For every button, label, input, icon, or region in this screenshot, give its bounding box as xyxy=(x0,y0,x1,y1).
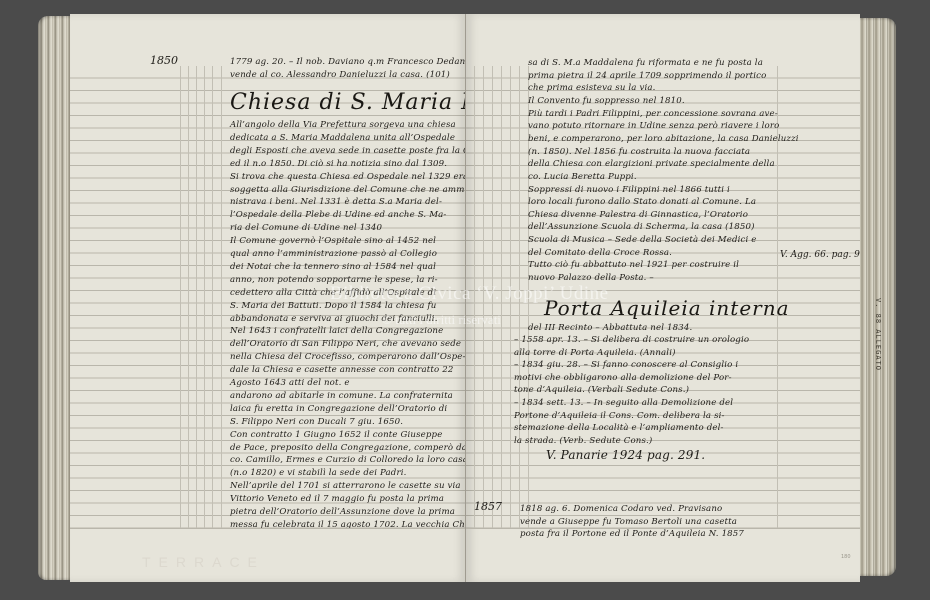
margin-rule xyxy=(196,66,197,528)
handwritten-line: Soppressi di nuovo i Filippini nel 1866 … xyxy=(528,184,730,197)
handwritten-line: Tutto ciò fu abbattuto nel 1921 per cost… xyxy=(528,259,739,272)
handwritten-line: andarono ad abitarle in comune. La confr… xyxy=(230,390,453,403)
handwritten-line: – 1834 giu. 28. – Si fanno conoscere al … xyxy=(514,359,738,372)
handwritten-line: nella Chiesa del Crocefisso, comperarono… xyxy=(230,351,466,364)
handwritten-line: nuovo Palazzo della Posta. – xyxy=(528,272,654,285)
edge-stamp: V. 88 ALLEGATO xyxy=(874,298,882,371)
handwritten-line: tone d’Aquileia. (Verbali Sedute Cons.) xyxy=(514,384,689,397)
handwritten-line: prima pietra il 24 aprile 1709 sopprimen… xyxy=(528,70,766,83)
handwritten-line: co. Camillo, Ermes e Curzio di Colloredo… xyxy=(230,454,468,467)
margin-rule xyxy=(221,66,222,528)
right-page-edges: V. 88 ALLEGATO xyxy=(860,18,896,576)
handwritten-line: dell’Oratorio di San Filippo Neri, che a… xyxy=(230,338,461,351)
handwritten-line: (n. 1850). Nel 1856 fu costruita la nuov… xyxy=(528,146,750,159)
handwritten-line: loro locali furono dallo Stato donati al… xyxy=(528,196,756,209)
left-page: 1850 1779 ag. 20. – Il nob. Daviano q.m … xyxy=(70,14,466,582)
handwritten-line: – 1558 apr. 13. – Si delibera di costrui… xyxy=(514,334,749,347)
handwritten-line: Più tardi i Padri Filippini, per concess… xyxy=(528,108,778,121)
margin-rule xyxy=(474,66,475,528)
margin-rule xyxy=(212,66,213,528)
handwritten-line: degli Esposti che aveva sede in casette … xyxy=(230,145,493,158)
handwritten-line: la strada. (Verb. Sedute Cons.) xyxy=(514,435,652,448)
handwritten-line: (n.o 1820) e vi stabilì la sede dei Padr… xyxy=(230,467,407,480)
left-page-edges xyxy=(38,16,70,580)
handwritten-line: dale la Chiesa e casette annesse con con… xyxy=(230,364,453,377)
handwritten-line: vano potuto ritornare in Udine senza per… xyxy=(528,120,779,133)
handwritten-line: messa fu celebrata il 15 agosto 1702. La… xyxy=(230,519,476,532)
handwritten-line: Il Comune governò l’Ospitale sino al 145… xyxy=(230,235,436,248)
handwritten-line: dedicata a S. Maria Maddalena unita all’… xyxy=(230,132,455,145)
handwritten-line: motivi che obbligarono alla demolizione … xyxy=(514,372,732,385)
margin-number: 1850 xyxy=(150,54,178,67)
handwritten-line: All’angolo della Via Prefettura sorgeva … xyxy=(230,119,456,132)
handwritten-line: abbandonata e serviva ai giuochi dei fan… xyxy=(230,313,438,326)
handwritten-line: anno, non potendo sopportarne le spese, … xyxy=(230,274,438,287)
margin-rule xyxy=(510,66,511,528)
handwritten-line: del Comitato della Croce Rossa. xyxy=(528,247,672,260)
margin-rule xyxy=(501,66,502,528)
handwritten-line: nistrava i beni. Nel 1331 è detta S.a Ma… xyxy=(230,196,442,209)
handwritten-line: Agosto 1643 atti del not. e xyxy=(230,377,350,390)
handwritten-line: cedettero alla Città che l’affidò all’Os… xyxy=(230,287,436,300)
faint-stamp: TERRACE xyxy=(142,554,265,570)
handwritten-line: Con contratto 1 Giugno 1652 il conte Giu… xyxy=(230,429,442,442)
handwritten-line: stemazione della Località e l’ampliament… xyxy=(514,422,724,435)
right-page: sa di S. M.a Maddalena fu riformata e ne… xyxy=(466,14,860,582)
handwritten-line: Vittorio Veneto ed il 7 maggio fu posta … xyxy=(230,493,444,506)
margin-rule xyxy=(204,66,205,528)
handwritten-line: soggetta alla Giurisdizione del Comune c… xyxy=(230,184,470,197)
handwritten-line: laica fu eretta in Congregazione dell’Or… xyxy=(230,403,447,416)
handwritten-line: della Chiesa con elargizioni private spe… xyxy=(528,158,775,171)
handwritten-line: Chiesa divenne Palestra di Ginnastica, l… xyxy=(528,209,748,222)
handwritten-line: alla torre di Porta Aquileia. (Annali) xyxy=(514,347,676,360)
margin-rule xyxy=(188,66,189,528)
margin-rule xyxy=(519,66,520,528)
handwritten-line: co. Lucia Beretta Puppi. xyxy=(528,171,637,184)
margin-rule xyxy=(483,66,484,528)
handwritten-line: qual anno l’amministrazione passò al Col… xyxy=(230,248,437,261)
handwritten-line: dell’Assunzione Scuola di Scherma, la ca… xyxy=(528,221,755,234)
handwritten-line: Il Convento fu soppresso nel 1810. xyxy=(528,95,685,108)
handwritten-line: ed il n.o 1850. Di ciò si ha notizia sin… xyxy=(230,158,447,171)
handwritten-line: che prima esisteva su la via. xyxy=(528,82,656,95)
handwritten-line: pietra dell’Oratorio dell’Assunzione dov… xyxy=(230,506,455,519)
subheading: del III Recinto – Abbattuta nel 1834. xyxy=(528,322,692,335)
handwritten-line: dei Notai che la tennero sino al 1584 ne… xyxy=(230,261,436,274)
entry-line: vende a Giuseppe fu Tomaso Bertoli una c… xyxy=(520,516,737,529)
margin-rule xyxy=(492,66,493,528)
handwritten-line: de Pace, preposito della Congregazione, … xyxy=(230,442,470,455)
handwritten-line: Nell’aprile del 1701 si atterrarono le c… xyxy=(230,480,461,493)
handwritten-line: beni, e comperarono, per loro abitazione… xyxy=(528,133,799,146)
entry-line: posta fra il Portone ed il Ponte d’Aquil… xyxy=(520,528,744,541)
handwritten-line: Scuola di Musica – Sede della Società de… xyxy=(528,234,757,247)
entry-line: 1818 ag. 6. Domenica Codaro ved. Pravisa… xyxy=(520,503,722,516)
entry-line: 1779 ag. 20. – Il nob. Daviano q.m Franc… xyxy=(230,56,468,69)
handwritten-line: – 1834 sett. 13. – In seguito alla Demol… xyxy=(514,397,733,410)
handwritten-line: Nel 1643 i confratelli laici della Congr… xyxy=(230,325,443,338)
handwritten-line: Portone d’Aquileia il Cons. Com. deliber… xyxy=(514,410,725,423)
handwritten-line: ria del Comune di Udine nel 1340 xyxy=(230,222,382,235)
margin-number: 1857 xyxy=(474,500,502,513)
handwritten-line: S. Filippo Neri con Ducali 7 giu. 1650. xyxy=(230,416,403,429)
handwritten-line: sa di S. M.a Maddalena fu riformata e ne… xyxy=(528,57,763,70)
entry-line: vende al co. Alessandro Danieluzzi la ca… xyxy=(230,69,450,82)
pencil-page-number: 180 xyxy=(841,554,851,560)
reference-note: V. Panarie 1924 pag. 291. xyxy=(546,449,705,462)
handwritten-line: Si trova che questa Chiesa ed Ospedale n… xyxy=(230,171,468,184)
section-heading: Porta Aquileia interna xyxy=(544,296,790,320)
margin-rule xyxy=(180,66,181,528)
open-notebook: 1850 1779 ag. 20. – Il nob. Daviano q.m … xyxy=(38,14,896,582)
handwritten-line: S. Maria dei Battuti. Dopo il 1584 la ch… xyxy=(230,300,436,313)
handwritten-line: l’Ospedale della Plebe di Udine ed anche… xyxy=(230,209,446,222)
side-note: V. Agg. 66. pag. 98 xyxy=(780,250,866,260)
